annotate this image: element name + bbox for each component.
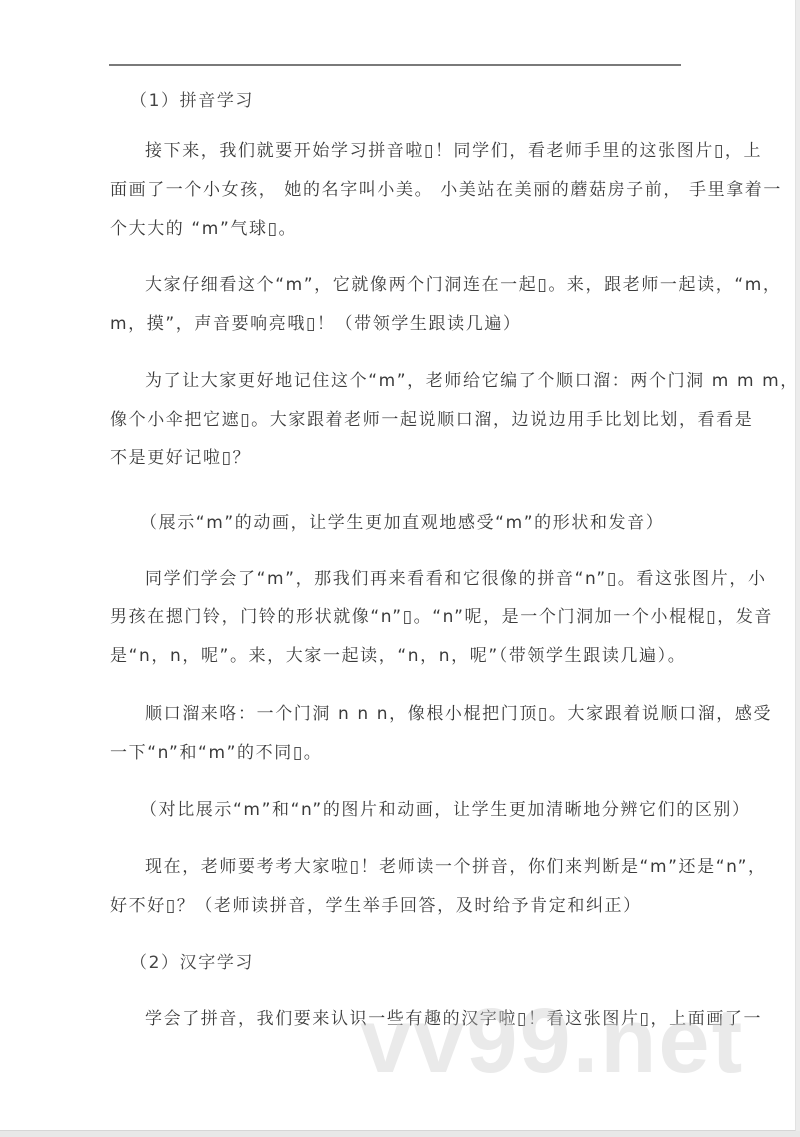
stage-direction: （展示“m”的动画，让学生更加直观地感受“m”的形状和发音） [140, 512, 664, 534]
paragraph-line: 像个小伞把它遮▯。大家跟着老师一起说顺口溜，边说边用手比划比划，看看是 [110, 409, 753, 431]
paragraph-line: 为了让大家更好地记住这个“m”，老师给它编了个顺口溜：两个门洞 m m m， [145, 370, 799, 392]
paragraph-line: 顺口溜来咯：一个门洞 n n n，像根小棍把门顶▯。大家跟着说顺口溜，感受 [145, 703, 772, 725]
section-heading-hanzi: （2）汉字学习 [130, 952, 254, 974]
paragraph-line: 面画了一个小女孩， 她的名字叫小美。 小美站在美丽的蘑菇房子前， 手里拿着一 [110, 179, 782, 201]
paragraph-line: 不是更好记啦▯？ [110, 447, 251, 469]
document-page: （1）拼音学习 接下来，我们就要开始学习拼音啦▯！同学们，看老师手里的这张图片▯… [0, 0, 796, 1131]
section-heading-pinyin: （1）拼音学习 [130, 90, 254, 112]
paragraph-line: 一下“n”和“m”的不同▯。 [110, 742, 322, 764]
stage-direction: （对比展示“m”和“n”的图片和动画，让学生更加清晰地分辨它们的区别） [140, 799, 751, 821]
paragraph-line: 男孩在摁门铃，门铃的形状就像“n”▯。“n”呢，是一个门洞加一个小棍棍▯，发音 [110, 606, 773, 628]
paragraph-line: 大家仔细看这个“m”，它就像两个门洞连在一起▯。来，跟老师一起读，“m， [145, 274, 782, 296]
page-bottom-edge [0, 1131, 800, 1137]
paragraph-line: 接下来，我们就要开始学习拼音啦▯！同学们，看老师手里的这张图片▯，上 [145, 140, 762, 162]
paragraph-line: m，摸”，声音要响亮哦▯！（带领学生跟读几遍） [110, 313, 522, 335]
paragraph-line: 学会了拼音，我们要来认识一些有趣的汉字啦▯！看这张图片▯，上面画了一 [145, 1008, 762, 1030]
paragraph-line: 个大大的 “m”气球▯。 [110, 218, 297, 240]
header-rule [109, 64, 681, 66]
paragraph-line: 是“n，n，呢”。来，大家一起读，“n，n，呢”（带领学生跟读几遍）。 [110, 645, 686, 667]
paragraph-line: 同学们学会了“m”，那我们再来看看和它很像的拼音“n”▯。看这张图片，小 [145, 568, 767, 590]
paragraph-line: 好不好▯？（老师读拼音，学生举手回答，及时给予肯定和纠正） [110, 895, 642, 917]
paragraph-line: 现在，老师要考考大家啦▯！老师读一个拼音，你们来判断是“m”还是“n”， [145, 856, 767, 878]
